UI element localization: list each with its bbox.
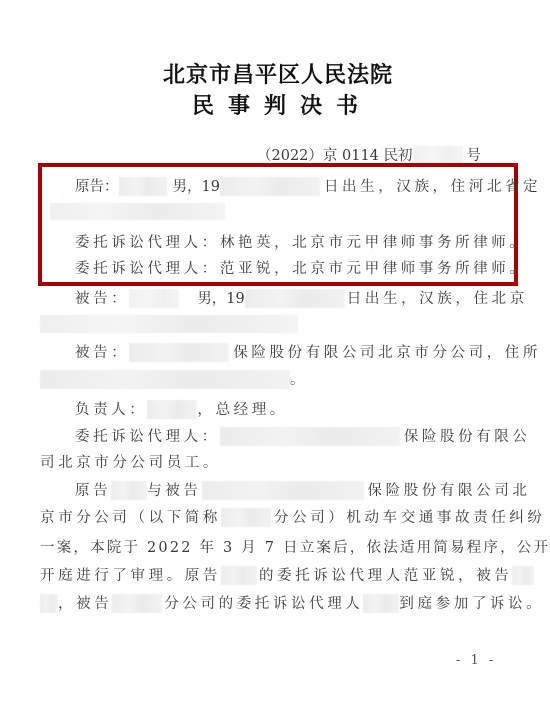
body-text: 开庭进行了审理。原告	[40, 566, 221, 586]
plaintiff-birth-residence: 日出生，汉族，住河北省定	[324, 177, 541, 197]
redacted-agent-name	[363, 594, 399, 613]
document-type-title: 民事判决书	[7, 89, 550, 120]
agent-label: 委托诉讼代理人：	[75, 259, 220, 279]
redacted-plaintiff-address	[50, 203, 225, 220]
defendant1-line: 被告：男，19日出生，汉族，住北京	[75, 289, 528, 309]
body-text: 原告	[75, 481, 111, 501]
defendant2-agent-label: 委托诉讼代理人：	[75, 427, 220, 447]
page-number: - 1 -	[456, 653, 496, 668]
redacted-defendant2-agent	[220, 427, 400, 446]
body-text: 到庭参加了诉讼。	[399, 594, 544, 614]
defendant2-agent-line2: 司北京市分公司员工。	[40, 453, 221, 473]
defendant2-company-address: 保险股份有限公司北京市分公司，住所	[233, 343, 541, 363]
responsible-person-label: 负责人：	[75, 400, 147, 420]
body-text: 分公司的委托诉讼代理人	[164, 594, 363, 614]
redacted-company	[202, 481, 364, 500]
redacted-name	[221, 566, 257, 585]
plaintiff-line: 原告：男，19日出生，汉族，住河北省定	[75, 177, 541, 197]
redacted-defendant1-name	[129, 289, 179, 308]
agent-details: 林艳英，北京市元甲律师事务所律师。	[220, 233, 528, 253]
redacted-name	[512, 566, 534, 585]
redacted-short-name	[221, 508, 271, 527]
agent-details: 范亚锐，北京市元甲律师事务所律师。	[220, 259, 528, 279]
body-line-2: 京市分公司（以下简称分公司）机动车交通事故责任纠纷	[40, 508, 546, 528]
plaintiff-agent-2: 委托诉讼代理人：范亚锐，北京市元甲律师事务所律师。	[75, 259, 528, 279]
redacted-defendant1-address	[40, 315, 298, 333]
responsible-person-title: ，总经理。	[197, 400, 288, 420]
body-line-5: ，被告分公司的委托诉讼代理人到庭参加了诉讼。	[40, 594, 544, 614]
redacted-name	[40, 594, 58, 613]
redacted-defendant1-birthdate	[245, 289, 345, 308]
redacted-defendant2-company	[129, 343, 229, 362]
redacted-defendant2-address	[40, 370, 290, 389]
defendant2-label: 被告：	[75, 343, 129, 363]
defendant1-label: 被告：	[75, 289, 129, 309]
responsible-person-line: 负责人：，总经理。	[75, 400, 288, 420]
body-text: 与被告	[147, 481, 201, 501]
body-text: 保险股份有限公司北	[368, 481, 531, 501]
agent-label: 委托诉讼代理人：	[75, 233, 220, 253]
defendant2-agent-company: 保险股份有限公	[404, 427, 531, 447]
plaintiff-agent-1: 委托诉讼代理人：林艳英，北京市元甲律师事务所律师。	[75, 233, 528, 253]
body-text: 的委托诉讼代理人范亚锐，被告	[259, 566, 512, 586]
redacted-short-name	[112, 594, 162, 613]
body-text: ，被告	[58, 594, 112, 614]
address-end: 。	[290, 370, 305, 390]
defendant1-gender-birth: 男，19	[197, 289, 244, 309]
body-text: 京市分公司（以下简称	[40, 508, 221, 528]
defendant1-birth-residence: 日出生，汉族，住北京	[347, 289, 528, 309]
redacted-plaintiff-name	[119, 177, 167, 196]
redacted-name	[111, 481, 147, 500]
redacted-plaintiff-birthdate	[220, 177, 320, 196]
body-line-3: 一案，本院于 2022 年 3 月 7 日立案后，依法适用简易程序，公开	[40, 538, 550, 558]
redacted-responsible-person	[147, 400, 197, 419]
plaintiff-label: 原告：	[75, 177, 119, 197]
plaintiff-gender-birth: 男，19	[173, 177, 220, 197]
body-line-4: 开庭进行了审理。原告的委托诉讼代理人范亚锐，被告	[40, 566, 534, 586]
court-name: 北京市昌平区人民法院	[3, 58, 550, 89]
defendant2-line: 被告：保险股份有限公司北京市分公司，住所	[75, 343, 541, 363]
body-text: 分公司）机动车交通事故责任纠纷	[274, 508, 546, 528]
defendant2-address-line: 。	[40, 370, 305, 390]
defendant2-agent-line: 委托诉讼代理人：保险股份有限公	[75, 427, 531, 447]
body-line-1: 原告与被告保险股份有限公司北	[75, 481, 530, 501]
